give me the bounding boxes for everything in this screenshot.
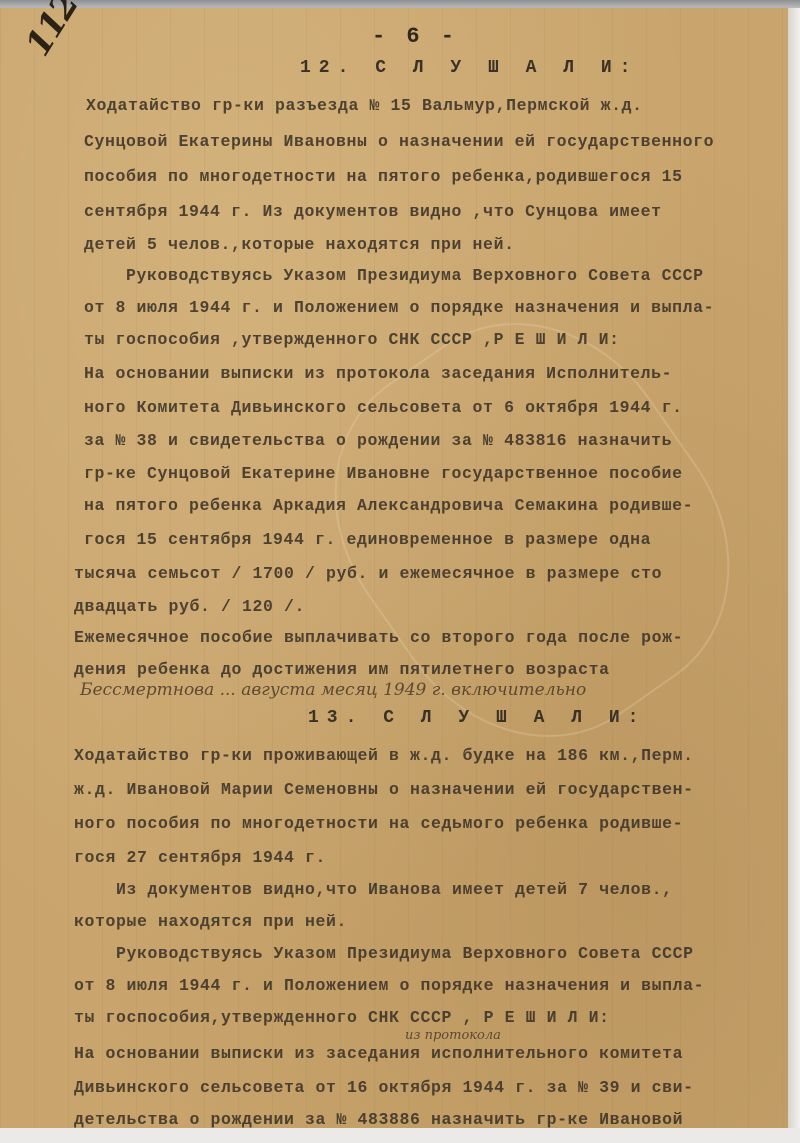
text-line: от 8 июля 1944 г. и Положением о порядке… (84, 298, 714, 317)
text-line: дения ребенка до достижения им пятилетне… (74, 660, 610, 679)
handwritten-insertion: из протокола (405, 1028, 501, 1043)
text-line: ты госпособия,утвержденного СНК СССР , Р… (74, 1008, 610, 1027)
scan-right-edge (788, 8, 800, 1143)
text-line: тысяча семьсот / 1700 / руб. и ежемесячн… (74, 564, 662, 583)
text-line: гося 15 сентября 1944 г. единовременное … (84, 530, 651, 549)
section-heading-12: 12. С Л У Ш А Л И: (300, 58, 638, 78)
page-number: - 6 - (372, 24, 458, 49)
text-line: гося 27 сентября 1944 г. (74, 848, 326, 867)
text-line: от 8 июля 1944 г. и Положением о порядке… (74, 976, 704, 995)
handwritten-note: Бессмертнова ... августа месяц 1949 г. в… (80, 680, 586, 700)
text-line: Ходатайство гр-ки проживающей в ж.д. буд… (74, 746, 694, 765)
text-line: ты госпособия ,утвержденного СНК СССР ,Р… (84, 330, 620, 349)
text-line: пособия по многодетности на пятого ребен… (84, 167, 683, 186)
text-line: Ежемесячное пособие выплачивать со второ… (74, 628, 683, 647)
text-line: ного Комитета Дивьинского сельсовета от … (84, 398, 683, 417)
section-heading-13: 13. С Л У Ш А Л И: (308, 708, 646, 728)
text-line: ж.д. Ивановой Марии Семеновны о назначен… (74, 780, 694, 799)
text-line: детельства о рождении за № 483886 назнач… (74, 1110, 683, 1129)
text-line: гр-ке Сунцовой Екатерине Ивановне госуда… (84, 464, 683, 483)
text-line: На основании выписки из заседания исполн… (74, 1044, 683, 1063)
text-line: Руководствуясь Указом Президиума Верховн… (74, 944, 694, 963)
text-line: детей 5 челов.,которые находятся при ней… (84, 235, 515, 254)
text-line: Дивьинского сельсовета от 16 октября 194… (74, 1078, 694, 1097)
text-line: на пятого ребенка Аркадия Александровича… (84, 496, 693, 515)
text-line: Руководствуясь Указом Президиума Верховн… (84, 266, 704, 285)
text-line: двадцать руб. / 120 /. (74, 597, 305, 616)
text-line: которые находятся при ней. (74, 912, 347, 931)
text-line: за № 38 и свидетельства о рождении за № … (84, 431, 672, 450)
text-line: На основании выписки из протокола заседа… (84, 364, 672, 383)
text-line: Из документов видно,что Иванова имеет де… (74, 880, 673, 899)
scan-top-edge (0, 0, 800, 8)
scan-bottom-edge (0, 1128, 800, 1143)
text-line: Ходатайство гр-ки разъезда № 15 Вальмур,… (86, 96, 643, 115)
text-line: Сунцовой Екатерины Ивановны о назначении… (84, 132, 714, 151)
text-line: сентября 1944 г. Из документов видно ,чт… (84, 202, 662, 221)
text-line: ного пособия по многодетности на седьмог… (74, 814, 683, 833)
